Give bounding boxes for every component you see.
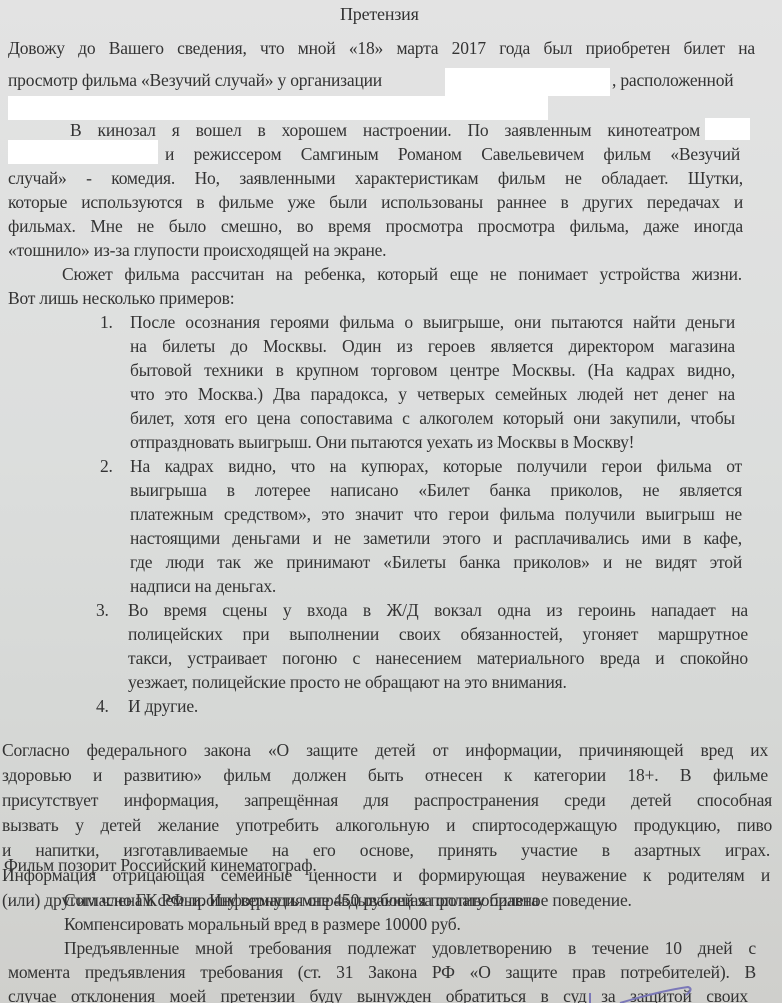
example-2-line-3: платежным средством», это значит что гер… [130,504,742,525]
example-1-line-6: отпраздновать выигрыш. Они пытаются уеха… [130,432,634,453]
law-line-2: здоровью и развитию» фильм должен быть о… [2,765,768,786]
law-line-4: вызвать у детей желание употребить алког… [2,815,772,836]
example-4-line-1: И другие. [128,696,198,717]
example-2-line-5: где люди так же принимают «Билеты банка … [130,552,742,573]
statement: Фильм позорит Российский кинематограф. [4,855,317,876]
example-4-number: 4. [96,696,109,717]
document-title: Претензия [340,4,419,25]
law-line-1: Согласно федерального закона «О защите д… [2,740,768,761]
para1-line-2: и режиссером Самгиным Романом Савельевич… [165,144,740,165]
para1-line-5: фильмах. Мне не было смешно, во время пр… [8,216,743,237]
example-3-number: 3. [96,600,109,621]
redacted-cinema [705,118,750,140]
law-line-3: присутствует информация, запрещённая для… [2,790,772,811]
example-3-line-1: Во время сцены у входа в Ж/Д вокзал одна… [128,600,748,621]
intro-line-2b: , расположенной [612,70,733,91]
para1-line-6: «тошнило» из-за глупости происходящей на… [8,240,386,261]
para1-line-4: которые используются в фильме уже были и… [8,192,743,213]
example-3-line-2: полицейских при выполнении своих обязанн… [128,624,748,645]
intro-line-2a: просмотр фильма «Везучий случай» у орган… [8,70,382,91]
claim-document: Претензия Довожу до Вашего сведения, что… [0,0,782,1003]
para2-line-1: Сюжет фильма рассчитан на ребенка, котор… [62,264,742,285]
example-2-line-2: выигрыша в лотерее написано «Билет банка… [130,480,742,501]
example-3-line-3: такси, устраивает погоню с нанесением ма… [128,648,748,669]
example-1-line-3: бытовой техники в крупном торговом центр… [130,360,735,381]
example-2-line-6: надписи на деньгах. [130,576,276,597]
example-1-line-1: После осознания героями фильма о выигрыш… [130,312,735,333]
demand-line-4: момента предъявления требования (ст. 31 … [8,962,756,983]
para2-line-2: Вот лишь несколько примеров: [8,288,234,309]
redacted-cinema-cont [8,140,158,164]
example-1-line-5: билет, хотя его цена сопоставима с алког… [130,408,735,429]
signature-mark [580,985,700,1003]
example-2-line-1: На кадрах видно, что на купюрах, которые… [130,456,742,477]
example-2-number: 2. [100,456,113,477]
para1-line-3: случай» - комедия. Но, заявленными харак… [8,168,743,189]
example-3-line-4: уезжает, полицейские просто не обращают … [128,672,567,693]
demand-line-2: Компенсировать моральный вред в размере … [64,914,461,935]
redacted-organization [445,68,610,96]
example-1-number: 1. [100,312,113,333]
intro-line-1: Довожу до Вашего сведения, что мной «18»… [8,38,755,59]
demand-line-3: Предъявленные мной требования подлежат у… [64,938,756,959]
redacted-address [8,96,548,120]
example-2-line-4: настоящими деньгами и не заметили этого … [130,528,742,549]
para1-line-1: В кинозал я вошел в хорошем настроении. … [70,120,700,141]
example-1-line-4: что это Москва.) Два парадокса, у четвер… [130,384,735,405]
demand-line-1: Согласно ГК РФ прошу вернуть мне 450 руб… [64,890,539,911]
example-1-line-2: на билеты до Москвы. Один из героев явля… [130,336,735,357]
